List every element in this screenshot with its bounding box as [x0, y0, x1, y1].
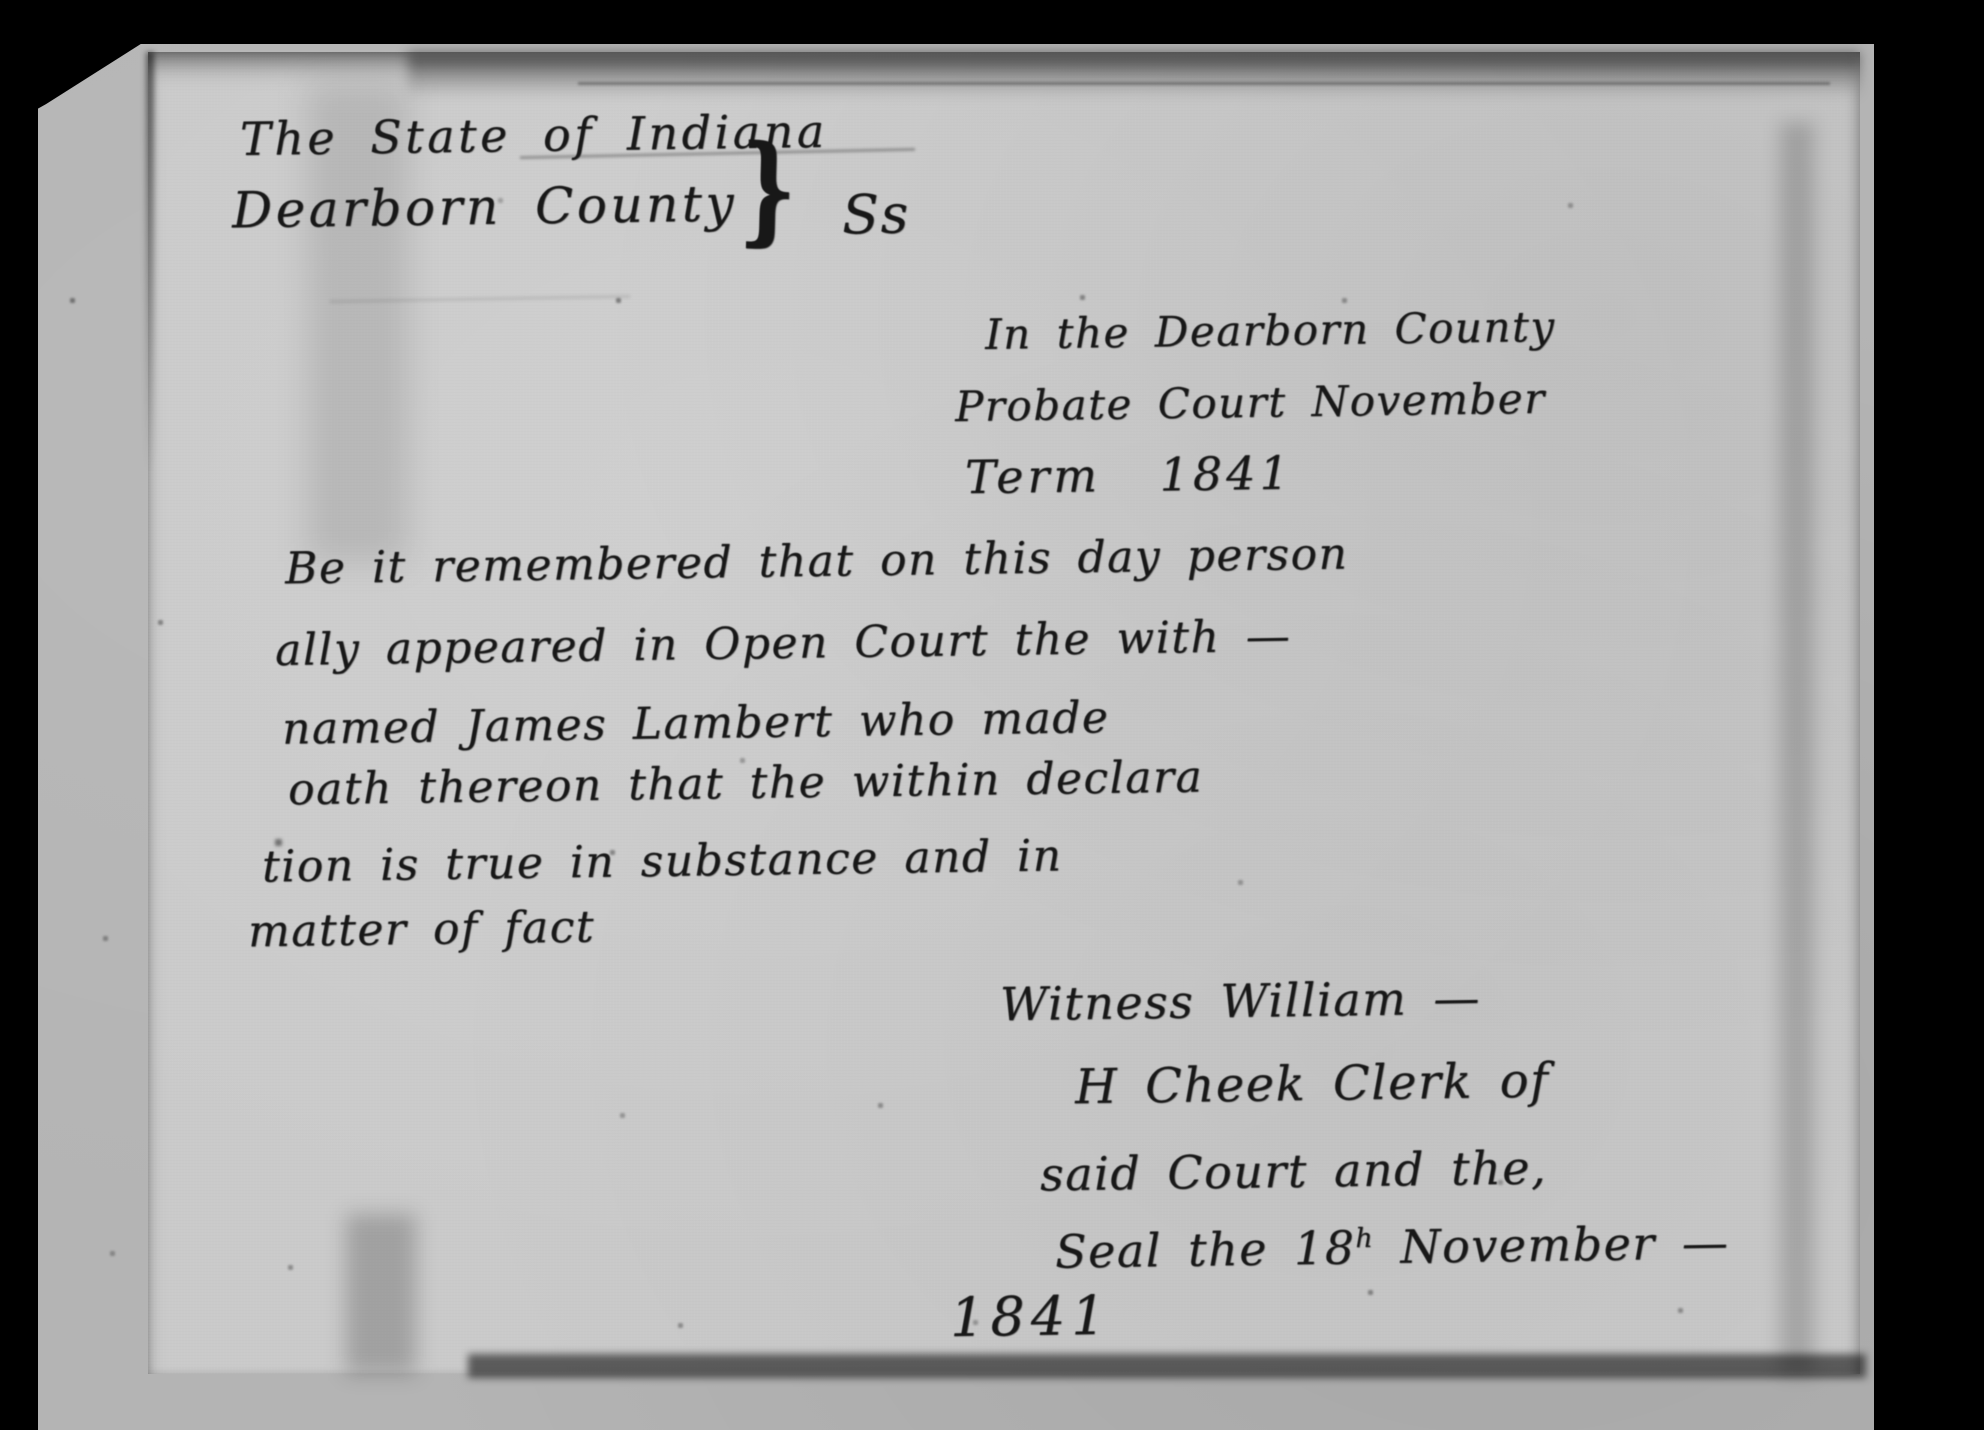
seal-date-text: Seal the 18 [1055, 1221, 1356, 1279]
caption-court-line-2: Probate Court November [955, 378, 1546, 428]
body-line: matter of fact [248, 906, 596, 955]
body-line: ally appeared in Open Court the with — [275, 615, 1292, 673]
caption-brace: } [738, 129, 798, 250]
pencil-smudge-mark [330, 295, 630, 302]
heading-county-line: Dearborn County [232, 178, 738, 235]
attestation-court-line: said Court and the, [1040, 1144, 1548, 1197]
handwritten-text-layer: The State of Indiana Dearborn County } S… [0, 0, 1984, 1430]
attestation-seal-line: Seal the 18h November — [1055, 1219, 1730, 1274]
body-line: named James Lambert who made [282, 696, 1110, 752]
attestation-year-line: 1841 [950, 1289, 1112, 1345]
attestation-witness-line: Witness William — [1000, 975, 1481, 1028]
seal-month-text: November — [1374, 1215, 1730, 1274]
caption-court-line-1: In the Dearborn County [985, 306, 1556, 356]
body-line: oath thereon that the within declara [288, 756, 1204, 813]
body-line: Be it remembered that on this day person [285, 533, 1349, 592]
scilicet-mark: Ss [842, 188, 910, 243]
body-line: tion is true in substance and in [262, 834, 1063, 889]
attestation-clerk-line: H Cheek Clerk of [1075, 1057, 1550, 1112]
caption-term-line: Term 1841 [965, 450, 1293, 501]
seal-date-superscript: h [1355, 1223, 1374, 1254]
document-scan: The State of Indiana Dearborn County } S… [0, 0, 1984, 1430]
